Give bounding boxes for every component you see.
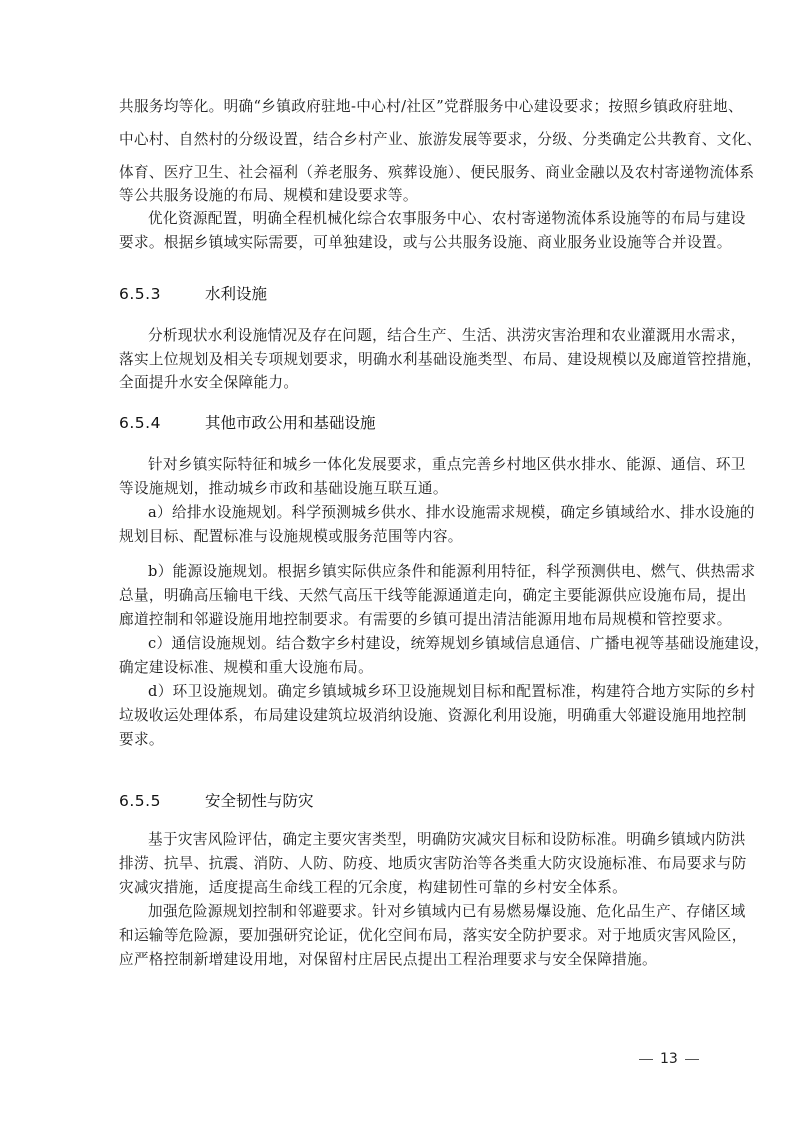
section-number: 6.5.4 (119, 412, 205, 434)
text-line: 针对乡镇实际特征和城乡一体化发展要求，重点完善乡村地区供水排水、能源、通信、环卫 (148, 455, 708, 475)
page-number-value: 13 (660, 1051, 678, 1067)
text-line: 体育、医疗卫生、社会福利（养老服务、殡葬设施）、便民服务、商业金融以及农村寄递物… (119, 163, 679, 183)
page-number: 13 (632, 1051, 706, 1067)
text-line: 落实上位规划及相关专项规划要求，明确水利基础设施类型、布局、建设规模以及廊道管控… (119, 350, 679, 370)
text-line: 共服务均等化。明确“乡镇政府驻地-中心村/社区”党群服务中心建设要求；按照乡镇政… (119, 97, 679, 117)
text-line: 分析现状水利设施情况及存在问题，结合生产、生活、洪涝灾害治理和农业灌溉用水需求， (148, 326, 708, 346)
text-line: 规划目标、配置标准与设施规模或服务范围等内容。 (119, 527, 679, 547)
section-number: 6.5.5 (119, 790, 205, 812)
document-page: 共服务均等化。明确“乡镇政府驻地-中心村/社区”党群服务中心建设要求；按照乡镇政… (0, 0, 793, 1122)
text-line: 中心村、自然村的分级设置，结合乡村产业、旅游发展等要求，分级、分类确定公共教育、… (119, 130, 679, 150)
text-line: 垃圾收运处理体系，布局建设建筑垃圾消纳设施、资源化利用设施，明确重大邻避设施用地… (119, 706, 679, 726)
text-line: 和运输等危险源，要加强研究论证，优化空间布局，落实安全防护要求。对于地质灾害风险… (119, 926, 679, 946)
text-line: 基于灾害风险评估，确定主要灾害类型，明确防灾减灾目标和设防标准。明确乡镇域内防洪 (148, 830, 708, 850)
text-line: 应严格控制新增建设用地，对保留村庄居民点提出工程治理要求与安全保障措施。 (119, 950, 679, 970)
text-line: 总量，明确高压输电干线、天然气高压干线等能源通道走向，确定主要能源供应设施布局，… (119, 586, 679, 606)
text-line: 加强危险源规划控制和邻避要求。针对乡镇域内已有易燃易爆设施、危化品生产、存储区域 (148, 902, 708, 922)
text-line: 确定建设标准、规模和重大设施布局。 (119, 658, 679, 678)
text-line: b）能源设施规划。根据乡镇实际供应条件和能源利用特征，科学预测供电、燃气、供热需… (148, 562, 708, 582)
text-line: 排涝、抗旱、抗震、消防、人防、防疫、地质灾害防治等各类重大防灾设施标准、布局要求… (119, 854, 679, 874)
section-heading-6-5-4: 6.5.4其他市政公用和基础设施 (119, 412, 376, 434)
text-line: 要求。 (119, 730, 679, 750)
dash-left (639, 1059, 653, 1060)
text-line: 全面提升水安全保障能力。 (119, 373, 679, 393)
text-line: 要求。根据乡镇域实际需要，可单独建设，或与公共服务设施、商业服务业设施等合并设置… (119, 233, 679, 253)
text-line: c）通信设施规划。结合数字乡村建设，统筹规划乡镇域信息通信、广播电视等基础设施建… (148, 634, 708, 654)
dash-right (685, 1059, 699, 1060)
section-title: 安全韧性与防灾 (205, 792, 314, 810)
section-title: 水利设施 (205, 285, 267, 303)
text-line: a）给排水设施规划。科学预测城乡供水、排水设施需求规模，确定乡镇域给水、排水设施… (148, 503, 708, 523)
section-heading-6-5-3: 6.5.3水利设施 (119, 283, 267, 305)
section-title: 其他市政公用和基础设施 (205, 414, 376, 432)
text-line: 优化资源配置，明确全程机械化综合农事服务中心、农村寄递物流体系设施等的布局与建设 (148, 209, 708, 229)
text-line: 廊道控制和邻避设施用地控制要求。有需要的乡镇可提出清洁能源用地布局规模和管控要求… (119, 610, 679, 630)
text-line: 等公共服务设施的布局、规模和建设要求等。 (119, 186, 679, 206)
text-line: d）环卫设施规划。确定乡镇域城乡环卫设施规划目标和配置标准，构建符合地方实际的乡… (148, 682, 708, 702)
section-number: 6.5.3 (119, 283, 205, 305)
text-line: 等设施规划，推动城乡市政和基础设施互联互通。 (119, 479, 679, 499)
text-line: 灾减灾措施，适度提高生命线工程的冗余度，构建韧性可靠的乡村安全体系。 (119, 878, 679, 898)
section-heading-6-5-5: 6.5.5安全韧性与防灾 (119, 790, 314, 812)
